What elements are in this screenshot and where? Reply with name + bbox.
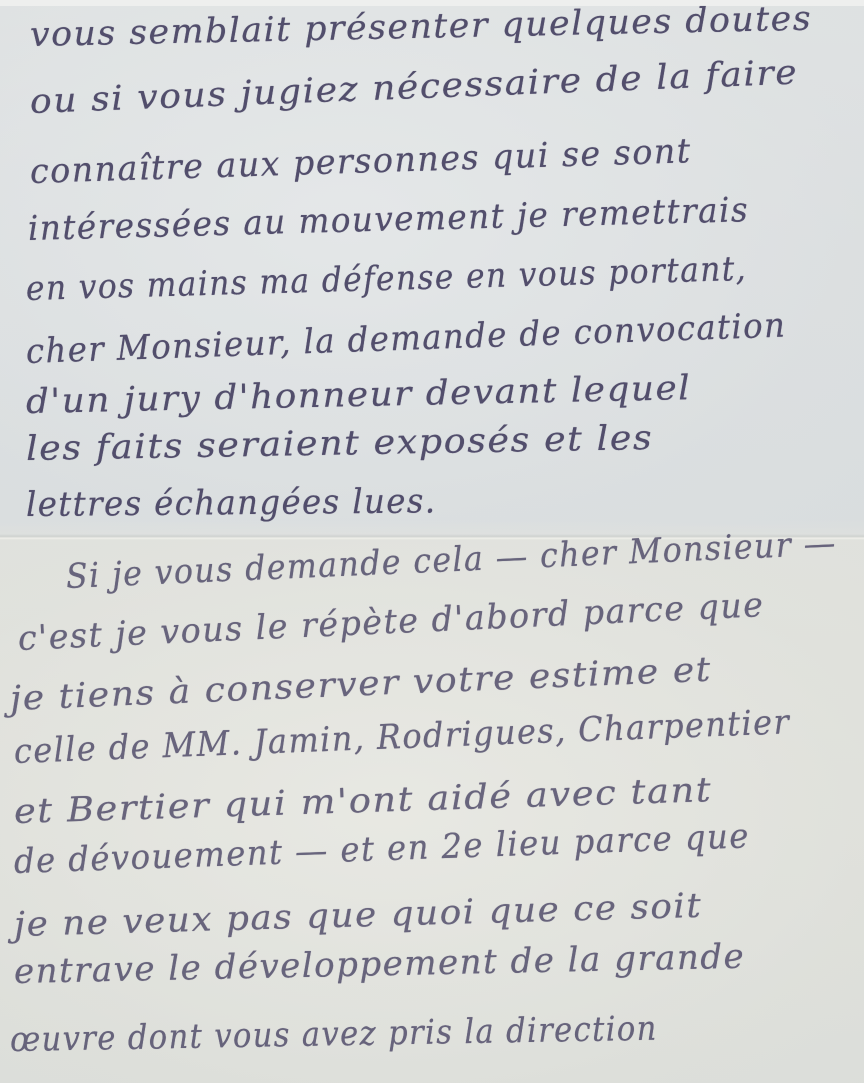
handwritten-line: les faits seraient exposés et les [26,421,654,466]
handwritten-line: œuvre dont vous avez pris la direction [10,1012,658,1057]
letter-page: vous semblait présenter quelques doutes … [0,0,864,1083]
handwritten-line: lettres échangées lues. [26,484,437,522]
